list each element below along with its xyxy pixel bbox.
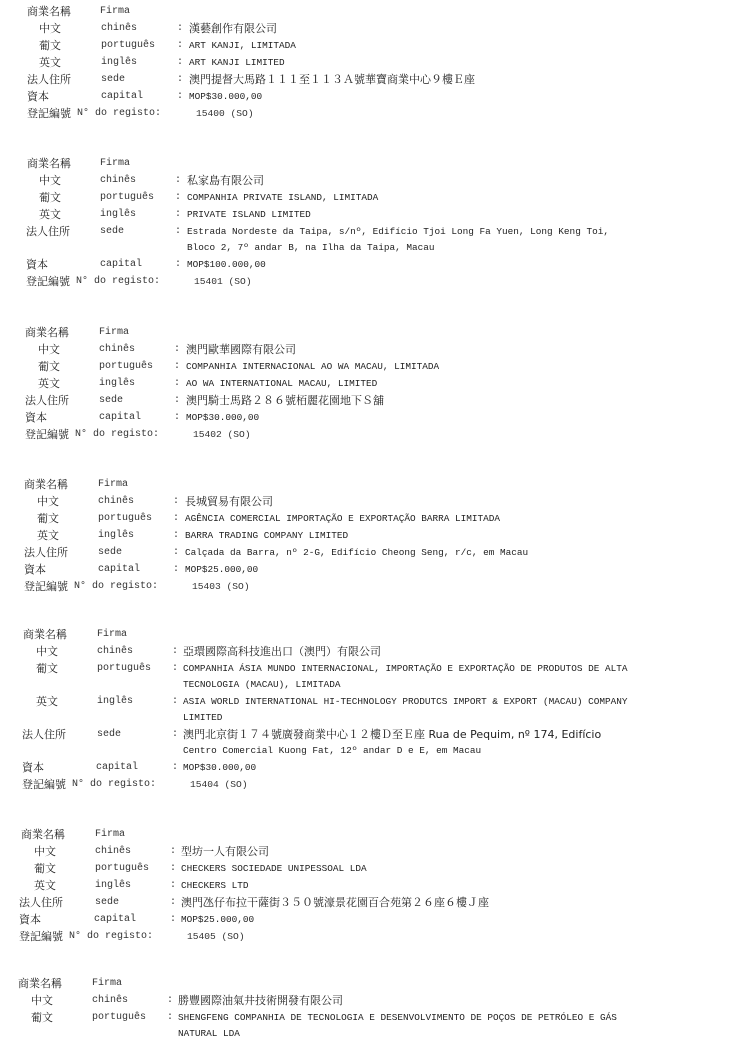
chines-label-zh: 中文 (37, 493, 59, 510)
colon: : (172, 660, 178, 677)
chines-name-value: 型坊一人有限公司 (181, 843, 269, 860)
ingles-name-value: ASIA WORLD INTERNATIONAL HI-TECHNOLOGY P… (183, 693, 627, 710)
colon: : (172, 726, 178, 743)
chines-name-value: 澳門歐華國際有限公司 (186, 341, 296, 358)
capital-label-pt: capital (101, 88, 143, 105)
portugues-name-value: COMPANHIA ÁSIA MUNDO INTERNACIONAL, IMPO… (183, 660, 627, 677)
portugues-label-zh: 葡文 (34, 860, 56, 877)
chines-name-value: 私家島有限公司 (187, 172, 264, 189)
sede-value: Estrada Nordeste da Taipa, s/nº, Edifíci… (187, 223, 609, 240)
firma-label-pt: Firma (100, 3, 130, 20)
portugues-label-pt: português (95, 860, 149, 877)
capital-value: MOP$100.000,00 (187, 256, 266, 273)
company-entry-15402: 商業名稱 Firma 中文 chinês : 澳門歐華國際有限公司 葡文 por… (0, 324, 729, 443)
registo-label-pt: N° do registo: (69, 928, 153, 945)
firma-header-row: 商業名稱 Firma (0, 626, 729, 643)
colon: : (175, 206, 181, 223)
sede-value: Calçada da Barra, nº 2-G, Edifício Cheon… (185, 544, 528, 561)
registo-label-zh: 登記編號 (26, 273, 70, 290)
colon: : (175, 223, 181, 240)
chines-row: 中文 chinês : 澳門歐華國際有限公司 (0, 341, 729, 358)
chines-label-pt: chinês (101, 20, 137, 37)
chines-label-pt: chinês (100, 172, 136, 189)
portugues-label-zh: 葡文 (31, 1009, 53, 1026)
ingles-name-value: AO WA INTERNATIONAL MACAU, LIMITED (186, 375, 377, 392)
portugues-name-value: COMPANHIA INTERNACIONAL AO WA MACAU, LIM… (186, 358, 439, 375)
ingles-name-value-line-2: LIMITED (183, 710, 222, 726)
colon: : (177, 20, 183, 37)
colon: : (173, 493, 179, 510)
capital-value: MOP$30.000,00 (189, 88, 262, 105)
firma-header-row: 商業名稱 Firma (0, 3, 729, 20)
portugues-row: 葡文 português : ART KANJI, LIMITADA (0, 37, 729, 54)
colon: : (174, 341, 180, 358)
chines-label-zh: 中文 (38, 341, 60, 358)
company-entry-15404: 商業名稱 Firma 中文 chinês : 亞環國際高科技進出口（澳門）有限公… (0, 626, 729, 793)
portugues-label-pt: português (101, 37, 155, 54)
capital-row: 資本 capital : MOP$100.000,00 (0, 256, 729, 273)
colon: : (170, 843, 176, 860)
chines-label-zh: 中文 (39, 172, 61, 189)
capital-label-pt: capital (98, 561, 140, 578)
chines-name-value: 亞環國際高科技進出口（澳門）有限公司 (183, 643, 381, 660)
ingles-name-value: BARRA TRADING COMPANY LIMITED (185, 527, 348, 544)
ingles-label-zh: 英文 (39, 206, 61, 223)
capital-value: MOP$30.000,00 (186, 409, 259, 426)
sede-row: 法人住所 sede : 澳門提督大馬路１１１至１１３Ａ號華寶商業中心９樓Ｅ座 (0, 71, 729, 88)
firma-label-pt: Firma (95, 826, 125, 843)
company-entry-15403: 商業名稱 Firma 中文 chinês : 長城貿易有限公司 葡文 portu… (0, 476, 729, 595)
portugues-label-zh: 葡文 (37, 510, 59, 527)
firma-header-row: 商業名稱 Firma (0, 324, 729, 341)
registo-number-value: 15400 (SO) (196, 105, 254, 122)
sede-label-pt: sede (97, 726, 121, 743)
chines-row: 中文 chinês : 長城貿易有限公司 (0, 493, 729, 510)
capital-label-zh: 資本 (24, 561, 46, 578)
capital-label-zh: 資本 (27, 88, 49, 105)
portugues-label-zh: 葡文 (39, 37, 61, 54)
ingles-row: 英文 inglês : ART KANJI LIMITED (0, 54, 729, 71)
colon: : (170, 911, 176, 928)
portugues-label-zh: 葡文 (39, 189, 61, 206)
chines-label-pt: chinês (95, 843, 131, 860)
chines-label-pt: chinês (92, 992, 128, 1009)
registo-row: 登記編號 N° do registo: 15401 (SO) (0, 273, 729, 290)
ingles-name-value: ART KANJI LIMITED (189, 54, 285, 71)
sede-label-zh: 法人住所 (22, 726, 66, 743)
registo-label-zh: 登記編號 (24, 578, 68, 595)
colon: : (173, 510, 179, 527)
sede-label-pt: sede (99, 392, 123, 409)
chines-row: 中文 chinês : 私家島有限公司 (0, 172, 729, 189)
capital-label-zh: 資本 (25, 409, 47, 426)
capital-label-pt: capital (100, 256, 142, 273)
ingles-row: 英文 inglês : AO WA INTERNATIONAL MACAU, L… (0, 375, 729, 392)
sede-value: 澳門騎士馬路２８６號栢麗花園地下Ｓ舖 (186, 392, 384, 409)
sede-row: 法人住所 sede : 澳門氹仔布拉干薩街３５０號濠景花園百合苑第２６座６樓Ｊ座 (0, 894, 729, 911)
capital-row: 資本 capital : MOP$30.000,00 (0, 409, 729, 426)
colon: : (170, 860, 176, 877)
sede-label-zh: 法人住所 (24, 544, 68, 561)
firma-label-pt: Firma (97, 626, 127, 643)
ingles-row: 英文 inglês : PRIVATE ISLAND LIMITED (0, 206, 729, 223)
chines-label-pt: chinês (99, 341, 135, 358)
ingles-label-zh: 英文 (38, 375, 60, 392)
colon: : (172, 759, 178, 776)
portugues-label-pt: português (97, 660, 151, 677)
capital-label-pt: capital (99, 409, 141, 426)
sede-row-continued: Centro Comercial Kuong Fat, 12º andar D … (0, 743, 729, 759)
portugues-row-continued: TECNOLOGIA (MACAU), LIMITADA (0, 677, 729, 693)
portugues-row: 葡文 português : AGÊNCIA COMERCIAL IMPORTA… (0, 510, 729, 527)
capital-value: MOP$25.000,00 (181, 911, 254, 928)
sede-label-zh: 法人住所 (27, 71, 71, 88)
sede-value: 澳門氹仔布拉干薩街３５０號濠景花園百合苑第２６座６樓Ｊ座 (181, 894, 489, 911)
ingles-label-zh: 英文 (39, 54, 61, 71)
colon: : (177, 37, 183, 54)
portugues-label-zh: 葡文 (36, 660, 58, 677)
colon: : (175, 189, 181, 206)
ingles-row-continued: LIMITED (0, 710, 729, 726)
registo-number-value: 15403 (SO) (192, 578, 250, 595)
ingles-row: 英文 inglês : ASIA WORLD INTERNATIONAL HI-… (0, 693, 729, 710)
registo-label-zh: 登記編號 (25, 426, 69, 443)
colon: : (167, 1009, 173, 1026)
sede-row-continued: Bloco 2, 7º andar B, na Ilha da Taipa, M… (0, 240, 729, 256)
firma-label-zh: 商業名稱 (21, 826, 65, 843)
registo-label-pt: N° do registo: (75, 426, 159, 443)
colon: : (170, 877, 176, 894)
registo-label-pt: N° do registo: (77, 105, 161, 122)
sede-row: 法人住所 sede : 澳門騎士馬路２８６號栢麗花園地下Ｓ舖 (0, 392, 729, 409)
portugues-row: 葡文 português : COMPANHIA PRIVATE ISLAND,… (0, 189, 729, 206)
firma-label-zh: 商業名稱 (24, 476, 68, 493)
sede-label-pt: sede (95, 894, 119, 911)
registo-row: 登記編號 N° do registo: 15402 (SO) (0, 426, 729, 443)
colon: : (174, 392, 180, 409)
ingles-label-zh: 英文 (34, 877, 56, 894)
registo-label-pt: N° do registo: (72, 776, 156, 793)
registo-row: 登記編號 N° do registo: 15403 (SO) (0, 578, 729, 595)
portugues-name-value: AGÊNCIA COMERCIAL IMPORTAÇÃO E EXPORTAÇÃ… (185, 510, 500, 527)
capital-row: 資本 capital : MOP$30.000,00 (0, 88, 729, 105)
registo-number-value: 15404 (SO) (190, 776, 248, 793)
sede-row: 法人住所 sede : 澳門北京街１７４號廣發商業中心１２樓Ｄ至Ｅ座 Rua d… (0, 726, 729, 743)
ingles-label-pt: inglês (101, 54, 137, 71)
company-entry-15405: 商業名稱 Firma 中文 chinês : 型坊一人有限公司 葡文 portu… (0, 826, 729, 945)
portugues-row-continued: NATURAL LDA (0, 1026, 729, 1042)
firma-label-pt: Firma (98, 476, 128, 493)
firma-label-pt: Firma (92, 975, 122, 992)
registo-label-zh: 登記編號 (22, 776, 66, 793)
firma-label-pt: Firma (99, 324, 129, 341)
portugues-label-pt: português (99, 358, 153, 375)
ingles-label-pt: inglês (98, 527, 134, 544)
sede-label-zh: 法人住所 (25, 392, 69, 409)
firma-header-row: 商業名稱 Firma (0, 155, 729, 172)
colon: : (175, 172, 181, 189)
firma-header-row: 商業名稱 Firma (0, 826, 729, 843)
portugues-name-value: ART KANJI, LIMITADA (189, 37, 296, 54)
portugues-row: 葡文 português : COMPANHIA ÁSIA MUNDO INTE… (0, 660, 729, 677)
portugues-label-pt: português (92, 1009, 146, 1026)
capital-row: 資本 capital : MOP$25.000,00 (0, 561, 729, 578)
colon: : (173, 527, 179, 544)
sede-label-pt: sede (101, 71, 125, 88)
chines-label-pt: chinês (97, 643, 133, 660)
colon: : (177, 71, 183, 88)
registry-page: 商業名稱 Firma 中文 chinês : 漢藝創作有限公司 葡文 portu… (0, 0, 729, 1053)
portugues-label-pt: português (98, 510, 152, 527)
chines-label-zh: 中文 (31, 992, 53, 1009)
colon: : (177, 54, 183, 71)
capital-row: 資本 capital : MOP$30.000,00 (0, 759, 729, 776)
company-entry-partial: 商業名稱 Firma 中文 chinês : 勝豐國際油氣井技術開發有限公司 葡… (0, 975, 729, 1042)
colon: : (174, 409, 180, 426)
chines-label-zh: 中文 (34, 843, 56, 860)
registo-number-value: 15402 (SO) (193, 426, 251, 443)
colon: : (172, 643, 178, 660)
chines-row: 中文 chinês : 漢藝創作有限公司 (0, 20, 729, 37)
sede-value-line-2: Bloco 2, 7º andar B, na Ilha da Taipa, M… (187, 240, 435, 256)
chines-label-pt: chinês (98, 493, 134, 510)
chines-row: 中文 chinês : 勝豐國際油氣井技術開發有限公司 (0, 992, 729, 1009)
colon: : (172, 693, 178, 710)
portugues-name-value: COMPANHIA PRIVATE ISLAND, LIMITADA (187, 189, 378, 206)
company-entry-15401: 商業名稱 Firma 中文 chinês : 私家島有限公司 葡文 portug… (0, 155, 729, 290)
chines-name-value: 長城貿易有限公司 (185, 493, 273, 510)
sede-label-zh: 法人住所 (26, 223, 70, 240)
capital-label-pt: capital (96, 759, 138, 776)
registo-row: 登記編號 N° do registo: 15404 (SO) (0, 776, 729, 793)
chines-name-value: 漢藝創作有限公司 (189, 20, 277, 37)
portugues-row: 葡文 português : SHENGFENG COMPANHIA DE TE… (0, 1009, 729, 1026)
capital-label-zh: 資本 (19, 911, 41, 928)
ingles-label-pt: inglês (99, 375, 135, 392)
firma-label-zh: 商業名稱 (18, 975, 62, 992)
ingles-label-pt: inglês (100, 206, 136, 223)
ingles-label-zh: 英文 (36, 693, 58, 710)
portugues-label-zh: 葡文 (38, 358, 60, 375)
portugues-name-value-line-2: NATURAL LDA (178, 1026, 240, 1042)
registo-label-zh: 登記編號 (27, 105, 71, 122)
colon: : (170, 894, 176, 911)
ingles-name-value: PRIVATE ISLAND LIMITED (187, 206, 311, 223)
sede-value: 澳門提督大馬路１１１至１１３Ａ號華寶商業中心９樓Ｅ座 (189, 71, 475, 88)
ingles-label-pt: inglês (97, 693, 133, 710)
registo-number-value: 15401 (SO) (194, 273, 252, 290)
sede-value-line-2: Centro Comercial Kuong Fat, 12º andar D … (183, 743, 481, 759)
capital-label-pt: capital (94, 911, 136, 928)
firma-header-row: 商業名稱 Firma (0, 476, 729, 493)
chines-label-zh: 中文 (39, 20, 61, 37)
sede-label-zh: 法人住所 (19, 894, 63, 911)
colon: : (173, 544, 179, 561)
ingles-row: 英文 inglês : CHECKERS LTD (0, 877, 729, 894)
portugues-row: 葡文 português : CHECKERS SOCIEDADE UNIPES… (0, 860, 729, 877)
sede-row: 法人住所 sede : Estrada Nordeste da Taipa, s… (0, 223, 729, 240)
capital-value: MOP$25.000,00 (185, 561, 258, 578)
sede-label-pt: sede (98, 544, 122, 561)
ingles-label-pt: inglês (95, 877, 131, 894)
firma-header-row: 商業名稱 Firma (0, 975, 729, 992)
colon: : (175, 256, 181, 273)
firma-label-pt: Firma (100, 155, 130, 172)
colon: : (173, 561, 179, 578)
portugues-name-value-line-2: TECNOLOGIA (MACAU), LIMITADA (183, 677, 341, 693)
firma-label-zh: 商業名稱 (25, 324, 69, 341)
chines-row: 中文 chinês : 亞環國際高科技進出口（澳門）有限公司 (0, 643, 729, 660)
colon: : (177, 88, 183, 105)
firma-label-zh: 商業名稱 (23, 626, 67, 643)
company-entry-15400: 商業名稱 Firma 中文 chinês : 漢藝創作有限公司 葡文 portu… (0, 3, 729, 122)
chines-row: 中文 chinês : 型坊一人有限公司 (0, 843, 729, 860)
chines-name-value: 勝豐國際油氣井技術開發有限公司 (178, 992, 343, 1009)
registo-label-pt: N° do registo: (76, 273, 160, 290)
registo-row: 登記編號 N° do registo: 15405 (SO) (0, 928, 729, 945)
registo-label-zh: 登記編號 (19, 928, 63, 945)
portugues-name-value: CHECKERS SOCIEDADE UNIPESSOAL LDA (181, 860, 367, 877)
portugues-name-value: SHENGFENG COMPANHIA DE TECNOLOGIA E DESE… (178, 1009, 617, 1026)
sede-label-pt: sede (100, 223, 124, 240)
capital-row: 資本 capital : MOP$25.000,00 (0, 911, 729, 928)
firma-label-zh: 商業名稱 (27, 155, 71, 172)
ingles-label-zh: 英文 (37, 527, 59, 544)
capital-label-zh: 資本 (26, 256, 48, 273)
registo-number-value: 15405 (SO) (187, 928, 245, 945)
portugues-row: 葡文 português : COMPANHIA INTERNACIONAL A… (0, 358, 729, 375)
capital-label-zh: 資本 (22, 759, 44, 776)
colon: : (174, 375, 180, 392)
registo-row: 登記編號 N° do registo: 15400 (SO) (0, 105, 729, 122)
sede-value: 澳門北京街１７４號廣發商業中心１２樓Ｄ至Ｅ座 Rua de Pequim, nº… (183, 726, 601, 743)
colon: : (167, 992, 173, 1009)
firma-label-zh: 商業名稱 (27, 3, 71, 20)
ingles-row: 英文 inglês : BARRA TRADING COMPANY LIMITE… (0, 527, 729, 544)
registo-label-pt: N° do registo: (74, 578, 158, 595)
ingles-name-value: CHECKERS LTD (181, 877, 249, 894)
sede-row: 法人住所 sede : Calçada da Barra, nº 2-G, Ed… (0, 544, 729, 561)
chines-label-zh: 中文 (36, 643, 58, 660)
colon: : (174, 358, 180, 375)
portugues-label-pt: português (100, 189, 154, 206)
capital-value: MOP$30.000,00 (183, 759, 256, 776)
